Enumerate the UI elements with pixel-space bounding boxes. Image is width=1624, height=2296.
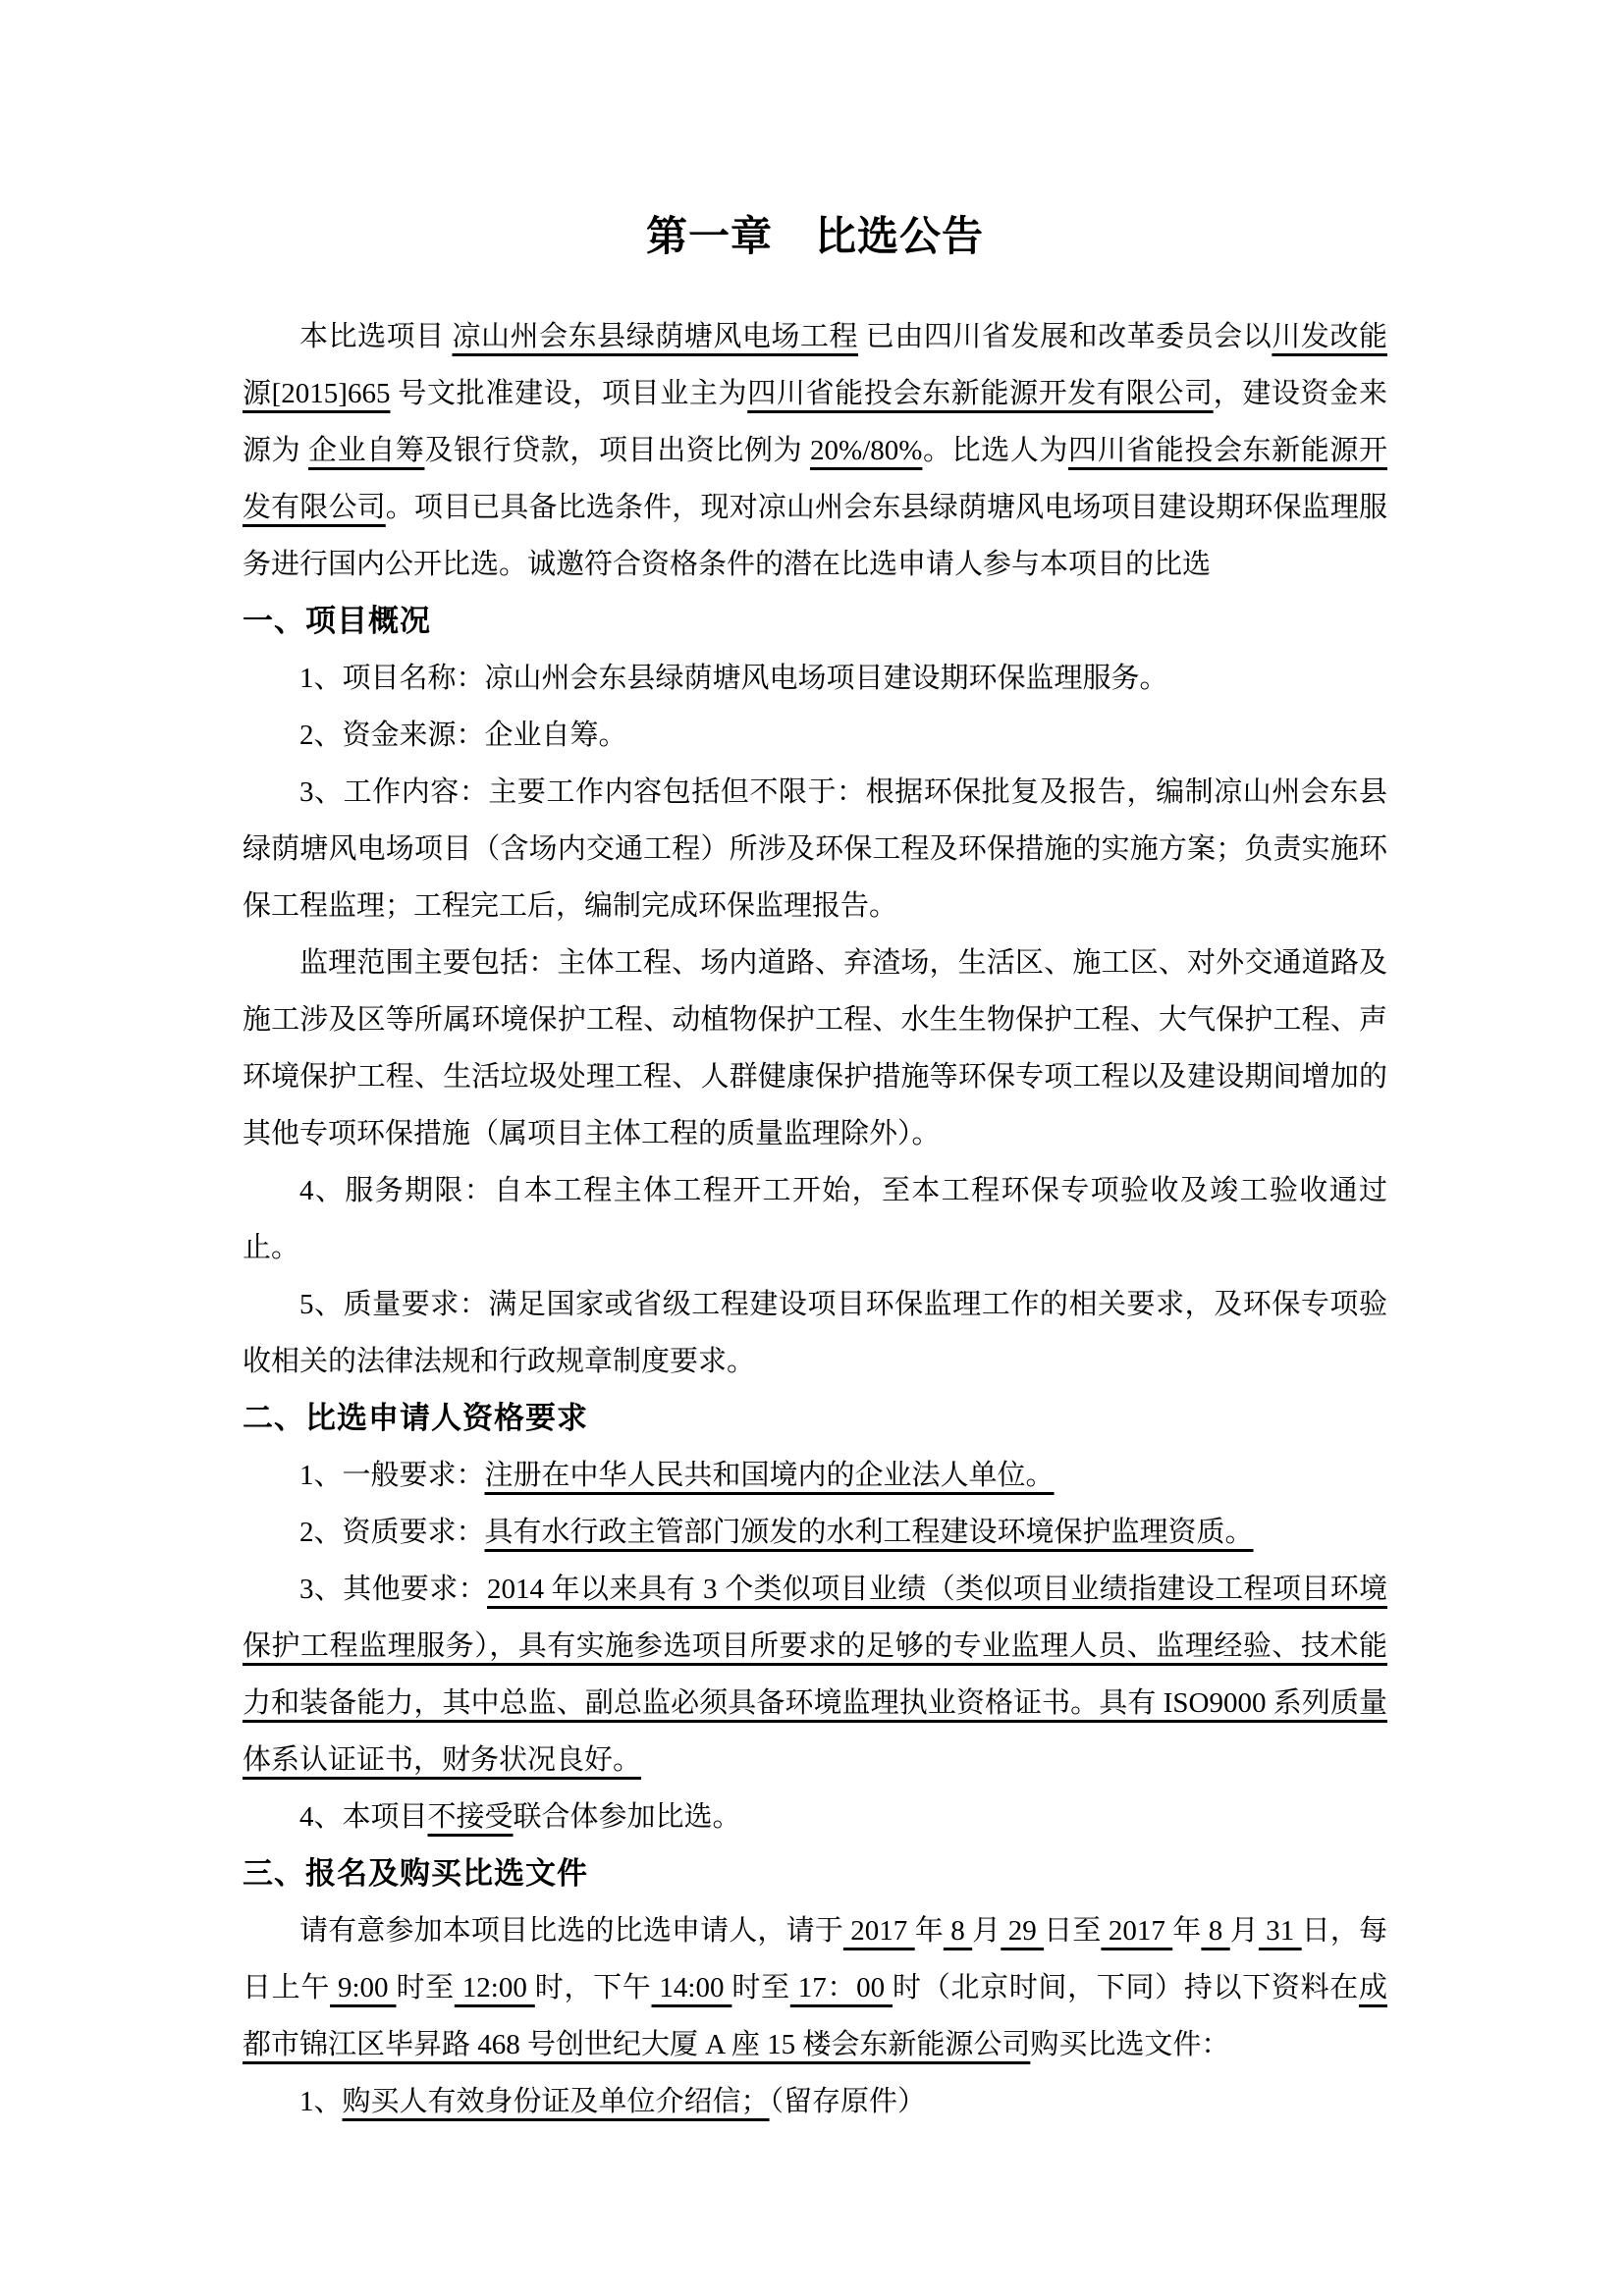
chapter-title: 第一章 比选公告 xyxy=(243,204,1387,269)
text-segment: 。项目已具备比选条件，现对凉山州会东县绿荫塘风电场项目建设期环保监理服务进行国内… xyxy=(243,492,1387,580)
underlined-text: 不接受 xyxy=(428,1801,514,1833)
text-segment: 时至 xyxy=(396,1972,454,2003)
text-segment: 4、本项目 xyxy=(299,1801,428,1833)
underlined-text: 8 xyxy=(1201,1915,1229,1947)
text-segment: 请有意参加本项目比选的比选申请人，请于 xyxy=(299,1915,843,1947)
text-segment: 月 xyxy=(1230,1915,1259,1947)
text-segment: 1、项目名称：凉山州会东县绿荫塘风电场项目建设期环保监理服务。 xyxy=(299,663,1168,694)
text-segment: 1、 xyxy=(299,2086,343,2117)
text-segment: 5、质量要求：满足国家或省级工程建设项目环保监理工作的相关要求，及环保专项验收相… xyxy=(243,1289,1387,1377)
text-segment: 购买比选文件： xyxy=(1030,2029,1229,2060)
underlined-text: 注册在中华人民共和国境内的企业法人单位。 xyxy=(485,1460,1055,1491)
text-segment: 1、一般要求： xyxy=(299,1460,485,1491)
paragraph: 1、购买人有效身份证及单位介绍信；（留存原件） xyxy=(243,2073,1387,2130)
text-segment: 3、工作内容：主要工作内容包括但不限于：根据环保批复及报告，编制凉山州会东县绿荫… xyxy=(243,776,1387,922)
text-segment: 3、其他要求： xyxy=(299,1574,487,1605)
text-segment: 日至 xyxy=(1044,1915,1101,1947)
text-segment: 号文批准建设，项目业主为 xyxy=(390,378,747,409)
underlined-text: 31 xyxy=(1259,1915,1302,1947)
text-segment: 及银行贷款，项目出资比例为 xyxy=(424,435,810,466)
document-content: 第一章 比选公告本比选项目 凉山州会东县绿荫塘风电场工程 已由四川省发展和改革委… xyxy=(243,204,1387,2130)
underlined-text: 29 xyxy=(1001,1915,1044,1947)
underlined-text: 8 xyxy=(944,1915,972,1947)
underlined-text: 17：00 xyxy=(790,1972,893,2003)
underlined-text: 具有水行政主管部门颁发的水利工程建设环境保护监理资质。 xyxy=(485,1517,1254,1548)
text-segment: 月 xyxy=(972,1915,1001,1947)
paragraph: 3、工作内容：主要工作内容包括但不限于：根据环保批复及报告，编制凉山州会东县绿荫… xyxy=(243,764,1387,934)
text-segment: 2、资金来源：企业自筹。 xyxy=(299,720,627,751)
text-segment: 。比选人为 xyxy=(922,435,1068,466)
underlined-text: 2017 xyxy=(843,1915,915,1947)
underlined-text: 14:00 xyxy=(652,1972,732,2003)
text-segment: 2、资质要求： xyxy=(299,1517,485,1548)
text-segment: 年 xyxy=(1172,1915,1201,1947)
text-segment: 时至 xyxy=(731,1972,789,2003)
text-segment: 已由四川省发展和改革委员会以 xyxy=(858,321,1272,352)
paragraph: 监理范围主要包括：主体工程、场内道路、弃渣场，生活区、施工区、对外交通道路及施工… xyxy=(243,934,1387,1162)
paragraph: 1、项目名称：凉山州会东县绿荫塘风电场项目建设期环保监理服务。 xyxy=(243,650,1387,707)
paragraph: 1、一般要求：注册在中华人民共和国境内的企业法人单位。 xyxy=(243,1447,1387,1504)
paragraph: 3、其他要求：2014 年以来具有 3 个类似项目业绩（类似项目业绩指建设工程项… xyxy=(243,1561,1387,1789)
section-heading: 一、项目概况 xyxy=(243,593,1387,650)
section-heading: 二、比选申请人资格要求 xyxy=(243,1390,1387,1447)
text-segment: 监理范围主要包括：主体工程、场内道路、弃渣场，生活区、施工区、对外交通道路及施工… xyxy=(243,947,1387,1149)
underlined-text: 20%/80% xyxy=(810,435,922,466)
section-heading: 三、报名及购买比选文件 xyxy=(243,1845,1387,1902)
text-segment: 时（北京时间，下同）持以下资料在 xyxy=(893,1972,1359,2003)
text-segment: 4、服务期限：自本工程主体工程开工开始，至本工程环保专项验收及竣工验收通过止。 xyxy=(243,1175,1387,1263)
underlined-text: 四川省能投会东新能源开发有限公司 xyxy=(747,378,1213,409)
underlined-text: 企业自筹 xyxy=(308,435,424,466)
paragraph: 本比选项目 凉山州会东县绿荫塘风电场工程 已由四川省发展和改革委员会以川发改能源… xyxy=(243,308,1387,593)
underlined-text: 12:00 xyxy=(455,1972,535,2003)
underlined-text: 购买人有效身份证及单位介绍信； xyxy=(343,2086,770,2117)
text-segment: （留存原件） xyxy=(770,2086,927,2117)
paragraph: 4、服务期限：自本工程主体工程开工开始，至本工程环保专项验收及竣工验收通过止。 xyxy=(243,1162,1387,1276)
paragraph: 请有意参加本项目比选的比选申请人，请于 2017 年 8 月 29 日至 201… xyxy=(243,1902,1387,2073)
paragraph: 2、资质要求：具有水行政主管部门颁发的水利工程建设环境保护监理资质。 xyxy=(243,1504,1387,1561)
text-segment: 年 xyxy=(915,1915,944,1947)
text-segment: 本比选项目 xyxy=(299,321,452,352)
underlined-text: 凉山州会东县绿荫塘风电场工程 xyxy=(452,321,858,352)
paragraph: 4、本项目不接受联合体参加比选。 xyxy=(243,1789,1387,1845)
paragraph: 5、质量要求：满足国家或省级工程建设项目环保监理工作的相关要求，及环保专项验收相… xyxy=(243,1276,1387,1390)
underlined-text: 2017 xyxy=(1101,1915,1172,1947)
paragraph: 2、资金来源：企业自筹。 xyxy=(243,707,1387,764)
document-page: 第一章 比选公告本比选项目 凉山州会东县绿荫塘风电场工程 已由四川省发展和改革委… xyxy=(0,0,1624,2296)
text-segment: 联合体参加比选。 xyxy=(514,1801,741,1833)
text-segment: 时，下午 xyxy=(535,1972,652,2003)
underlined-text: 9:00 xyxy=(330,1972,396,2003)
